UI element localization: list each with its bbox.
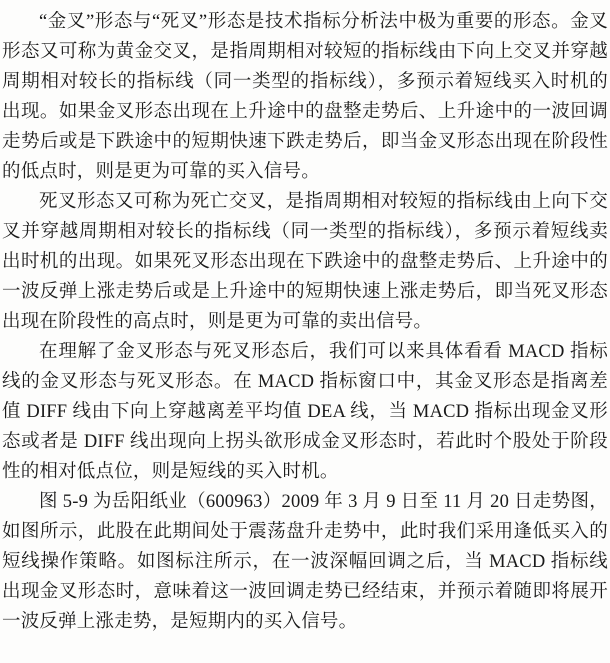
paragraph-figure-5-9-example: 图 5-9 为岳阳纸业（600963）2009 年 3 月 9 日至 11 月 … — [2, 487, 608, 637]
text-column: “金叉”形态与“死叉”形态是技术指标分析法中极为重要的形态。金叉形态又可称为黄金… — [2, 7, 608, 637]
book-page: “金叉”形态与“死叉”形态是技术指标分析法中极为重要的形态。金叉形态又可称为黄金… — [0, 0, 610, 663]
paragraph-golden-cross-definition: “金叉”形态与“死叉”形态是技术指标分析法中极为重要的形态。金叉形态又可称为黄金… — [2, 7, 608, 187]
paragraph-macd-cross-explanation: 在理解了金叉形态与死叉形态后，我们可以来具体看看 MACD 指标线的金叉形态与死… — [2, 337, 608, 487]
paragraph-death-cross-definition: 死叉形态又可称为死亡交叉，是指周期相对较短的指标线由上向下交叉并穿越周期相对较长… — [2, 187, 608, 337]
